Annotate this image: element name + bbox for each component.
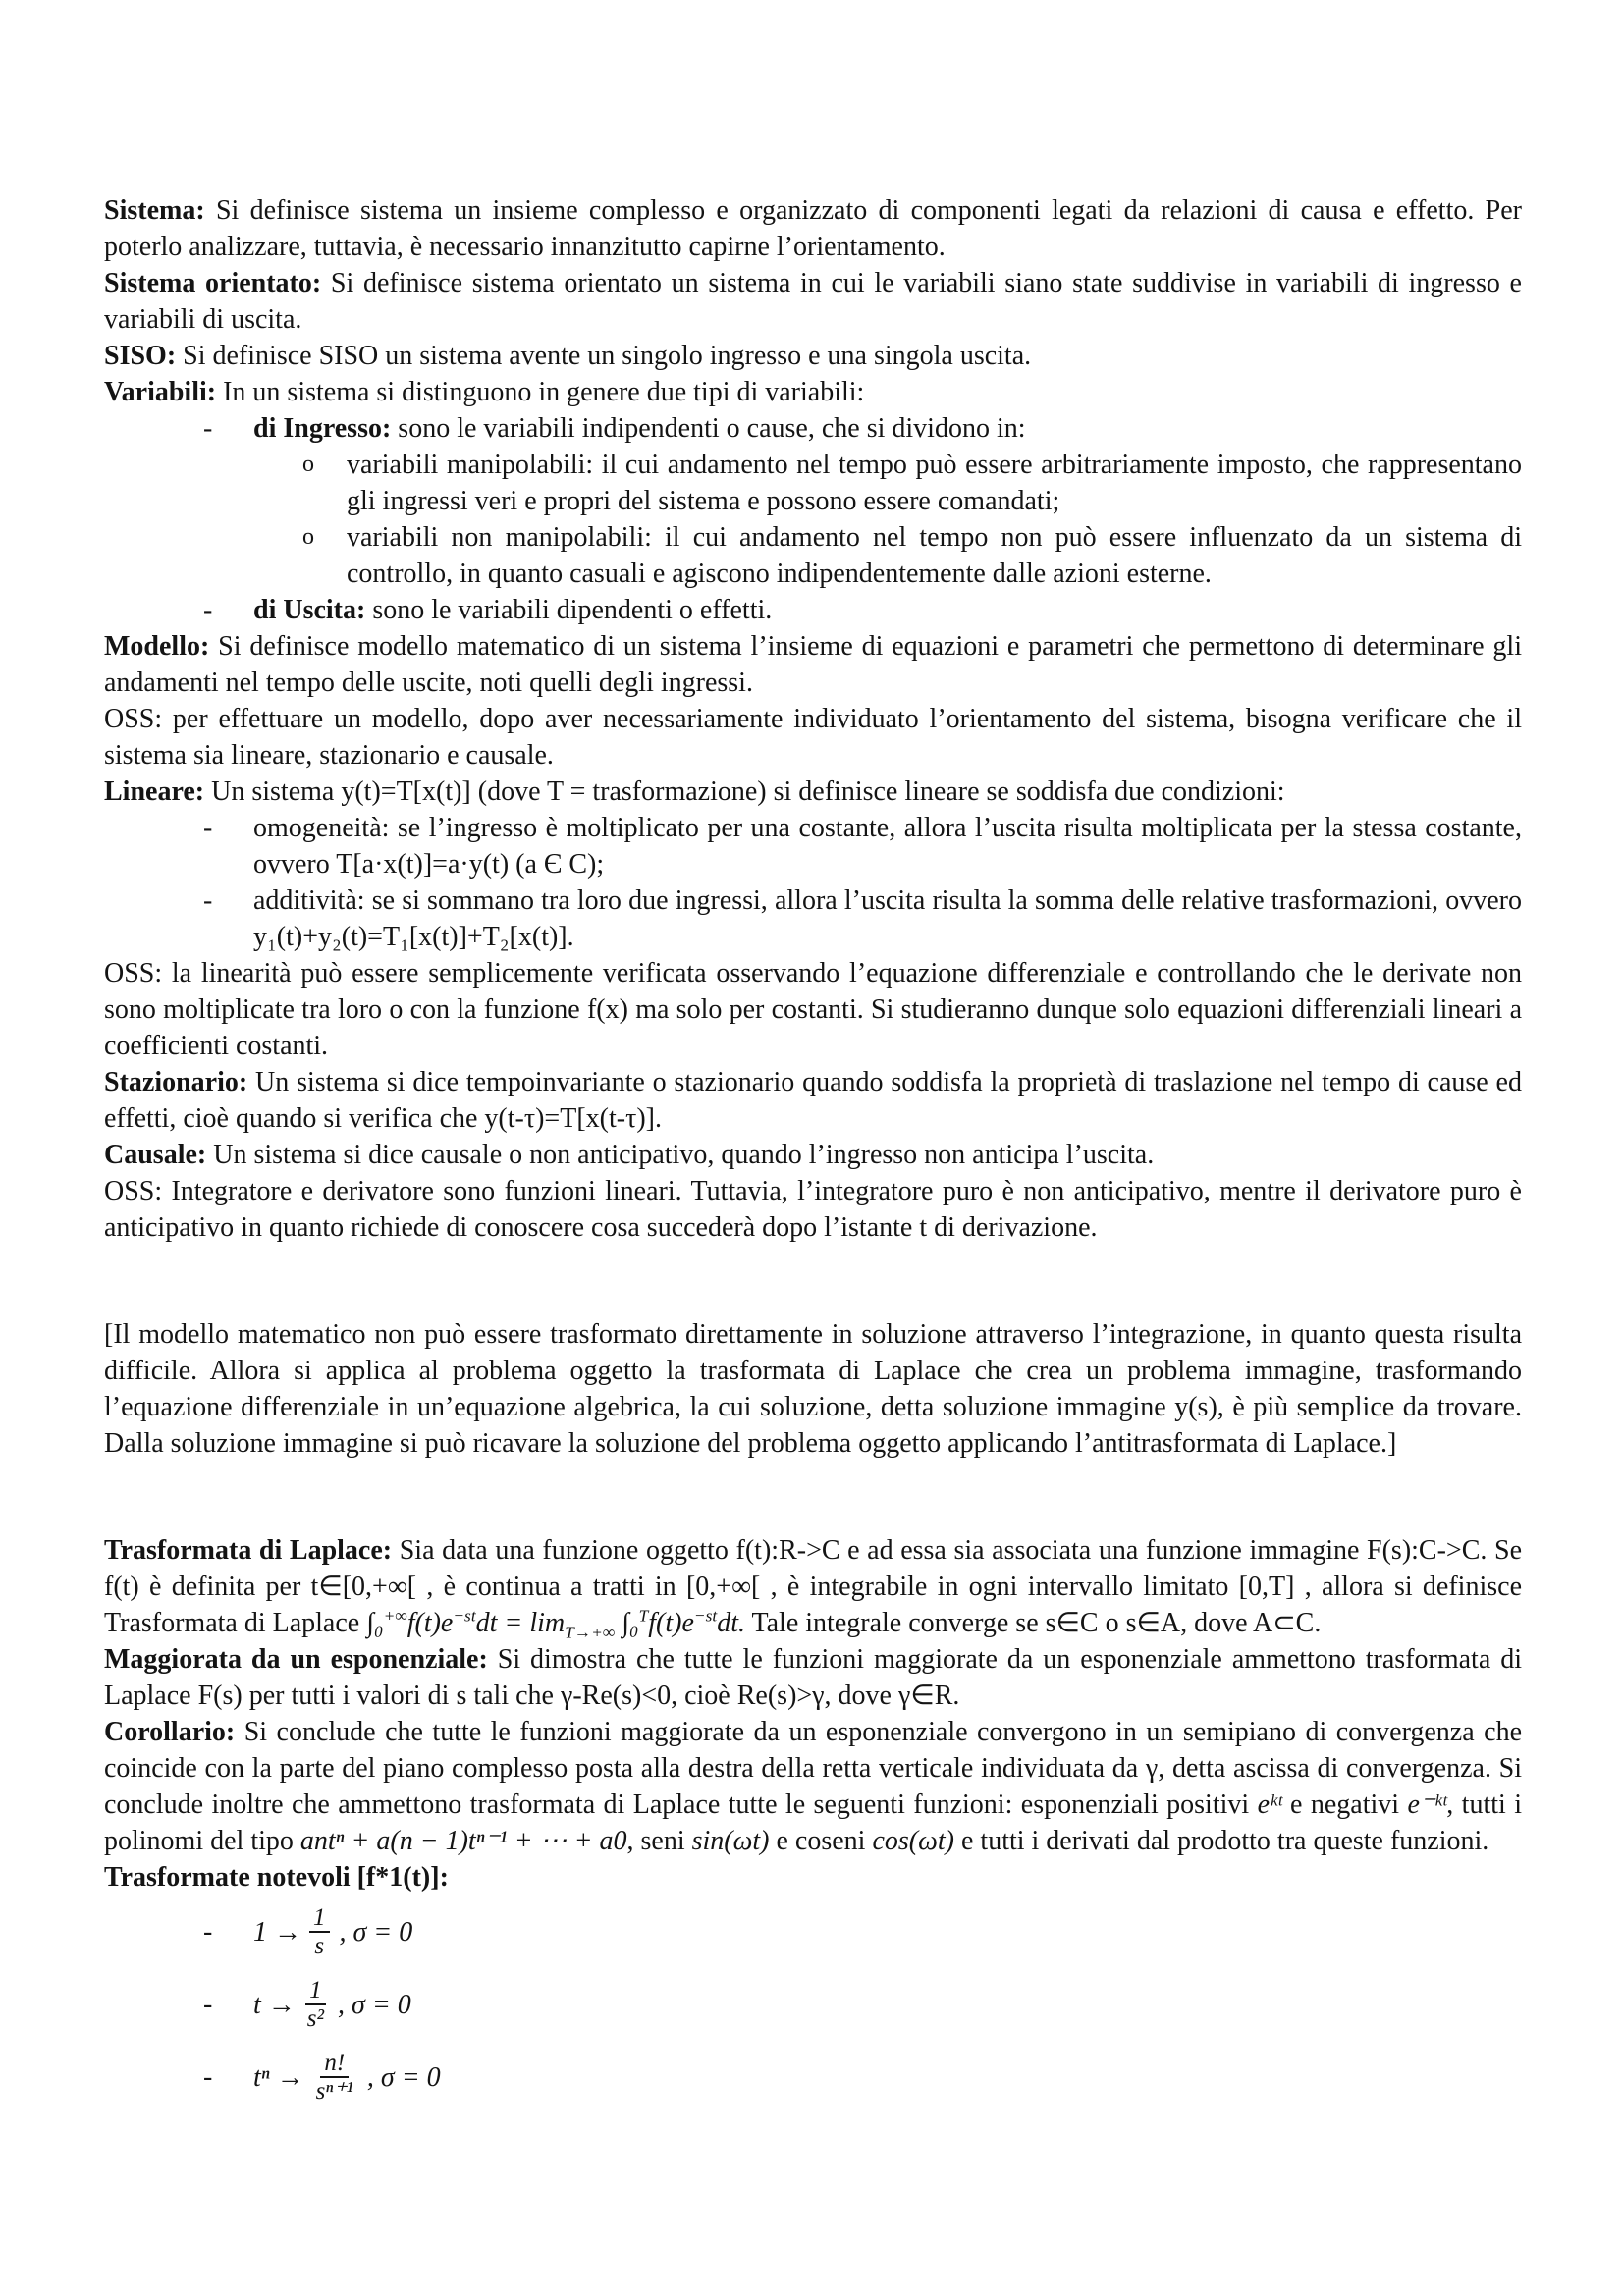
differential: dt. [717,1608,745,1638]
text-manipolabili: variabili manipolabili: il cui andamento… [347,450,1522,516]
fraction-numerator: 1 [309,1904,330,1934]
term-causale: Causale: [104,1140,206,1170]
text-di-ingresso: sono le variabili indipendenti o cause, … [391,413,1025,444]
transform-sigma: , σ = 0 [338,1987,411,2023]
list-item-di-ingresso: -di Ingresso: sono le variabili indipend… [104,410,1522,447]
text-lineare: Un sistema y(t)=T[x(t)] (dove T = trasfo… [204,776,1284,807]
text-causale: Un sistema si dice causale o non anticip… [206,1140,1154,1170]
term-stazionario: Stazionario: [104,1067,247,1097]
term-modello: Modello: [104,631,209,662]
transform-item-power: -tⁿ →n!sⁿ⁺¹, σ = 0 [104,2041,1522,2113]
heading-trasformate-notevoli: Trasformate notevoli [f*1(t)]: [104,1859,1522,1896]
transform-sigma: , σ = 0 [340,1914,413,1950]
term-trasformata-laplace: Trasformata di Laplace: [104,1535,392,1566]
list-marker: o [302,447,314,483]
list-marker: - [203,1914,212,1950]
math-sine: sin(ωt) [692,1826,770,1856]
text-oss-modello: OSS: per effettuare un modello, dopo ave… [104,704,1522,771]
integral-upper-limit: +∞ [384,1607,407,1626]
paragraph-oss-linearita: OSS: la linearità può essere semplicemen… [104,955,1522,1064]
text-stazionario: Un sistema si dice tempoinvariante o sta… [104,1067,1522,1134]
list-item-omogeneita: -omogeneità: se l’ingresso è moltiplicat… [104,810,1522,882]
paragraph-sistema: Sistema: Si definisce sistema un insieme… [104,192,1522,265]
list-item-di-uscita: -di Uscita: sono le variabili dipendenti… [104,592,1522,628]
transform-lhs: 1 → [253,1914,301,1950]
integral-symbol: ∫₀ [366,1608,383,1638]
text-corollario-6: e tutti i derivati dal prodotto tra ques… [954,1826,1488,1856]
paragraph-corollario: Corollario: Si conclude che tutte le fun… [104,1714,1522,1859]
fraction-denominator: s [310,1933,328,1960]
transform-sigma: , σ = 0 [367,2059,441,2096]
text-inciso-laplace: [Il modello matematico non può essere tr… [104,1319,1522,1459]
list-marker: - [203,592,212,628]
math-exp-positive: eᵏᵗ [1258,1789,1282,1820]
paragraph-trasformata-laplace: Trasformata di Laplace: Sia data una fun… [104,1532,1522,1641]
text-laplace-after: Tale integrale converge se s∈C o s∈A, do… [745,1608,1321,1638]
paragraph-sistema-orientato: Sistema orientato: Si definisce sistema … [104,265,1522,338]
paragraph-maggiorata: Maggiorata da un esponenziale: Si dimost… [104,1641,1522,1714]
transform-lhs: t → [253,1987,296,2023]
fraction-numerator: 1 [305,1977,326,2006]
text-siso: Si definisce SISO un sistema avente un s… [176,341,1031,371]
paragraph-oss-modello: OSS: per effettuare un modello, dopo ave… [104,701,1522,774]
lim-subscript: T→+∞ [565,1624,615,1642]
list-item-manipolabili: ovariabili manipolabili: il cui andament… [104,447,1522,519]
term-variabili: Variabili: [104,377,216,407]
list-item-non-manipolabili: ovariabili non manipolabili: il cui anda… [104,519,1522,592]
integral-symbol: ∫₀ [615,1608,638,1638]
term-sistema-orientato: Sistema orientato: [104,268,321,298]
paragraph-inciso-laplace: [Il modello matematico non può essere tr… [104,1316,1522,1462]
math-cosine: cos(ωt) [872,1826,954,1856]
paragraph-lineare: Lineare: Un sistema y(t)=T[x(t)] (dove T… [104,774,1522,810]
fraction: 1s² [303,1977,328,2033]
text-variabili: In un sistema si distinguono in genere d… [216,377,864,407]
paragraph-causale: Causale: Un sistema si dice causale o no… [104,1137,1522,1173]
list-marker: - [203,2059,212,2096]
math-polynomial: antⁿ + a(n − 1)tⁿ⁻¹ + ⋯ + a0 [300,1826,627,1856]
text-di-uscita: sono le variabili dipendenti o effetti. [365,595,772,625]
laplace-integral-formula: ∫₀+∞f(t)e−stdt = limT→+∞ ∫₀Tf(t)e−stdt. [366,1608,745,1638]
text-modello: Si definisce modello matematico di un si… [104,631,1522,698]
term-trasformate-notevoli: Trasformate notevoli [f*1(t)]: [104,1862,449,1893]
text-oss-linearita: OSS: la linearità può essere semplicemen… [104,958,1522,1061]
math-exp-negative: e⁻ᵏᵗ [1407,1789,1446,1820]
fraction: n!sⁿ⁺¹ [312,2050,357,2106]
text-omogeneita: omogeneità: se l’ingresso è moltiplicato… [253,813,1522,880]
term-di-ingresso: di Ingresso: [253,413,391,444]
text-corollario-2: e negativi [1282,1789,1408,1820]
integrand: f(t)e [648,1608,694,1638]
term-maggiorata: Maggiorata da un esponenziale: [104,1644,488,1675]
term-corollario: Corollario: [104,1717,235,1747]
text-non-manipolabili: variabili non manipolabili: il cui andam… [347,522,1522,589]
integral-upper-limit: T [639,1607,649,1626]
text-corollario-4: , seni [627,1826,692,1856]
list-marker: - [203,1987,212,2023]
exponent: −st [453,1607,475,1626]
transform-lhs: tⁿ → [253,2059,304,2096]
term-sistema: Sistema: [104,195,205,226]
text-additivita: additività: se si sommano tra loro due i… [253,885,1522,952]
integrand: f(t)e [407,1608,454,1638]
fraction-denominator: s² [303,2005,328,2033]
exponent: −st [694,1607,717,1626]
list-marker: - [203,410,212,447]
paragraph-stazionario: Stazionario: Un sistema si dice tempoinv… [104,1064,1522,1137]
blank-line [104,1246,1522,1316]
fraction: 1s [309,1904,330,1960]
list-marker: - [203,810,212,846]
list-marker: o [302,519,314,556]
blank-line [104,1462,1522,1532]
list-item-additivita: -additività: se si sommano tra loro due … [104,882,1522,955]
text-oss-integratore: OSS: Integratore e derivatore sono funzi… [104,1176,1522,1243]
differential-equals-lim: dt = lim [476,1608,565,1638]
paragraph-siso: SISO: Si definisce SISO un sistema avent… [104,338,1522,374]
paragraph-oss-integratore: OSS: Integratore e derivatore sono funzi… [104,1173,1522,1246]
text-corollario-5: e coseni [769,1826,872,1856]
fraction-denominator: sⁿ⁺¹ [312,2078,357,2106]
text-sistema: Si definisce sistema un insieme compless… [104,195,1522,262]
list-marker: - [203,882,212,919]
transform-item-unit-step: -1 →1s, σ = 0 [104,1896,1522,1968]
term-lineare: Lineare: [104,776,204,807]
paragraph-modello: Modello: Si definisce modello matematico… [104,628,1522,701]
term-di-uscita: di Uscita: [253,595,365,625]
paragraph-variabili: Variabili: In un sistema si distinguono … [104,374,1522,410]
term-siso: SISO: [104,341,176,371]
fraction-numerator: n! [320,2050,349,2079]
transform-item-ramp: -t →1s², σ = 0 [104,1968,1522,2041]
document-page: Sistema: Si definisce sistema un insieme… [104,192,1522,2113]
